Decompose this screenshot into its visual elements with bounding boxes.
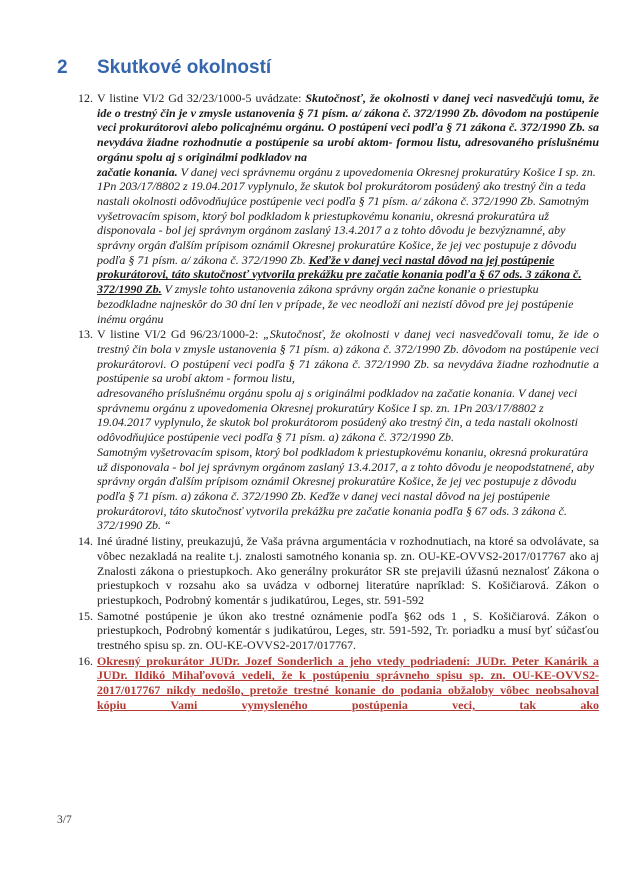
list-item-number: 14.: [78, 534, 97, 608]
text-run: Samotné postúpenie je úkon ako trestné o…: [97, 609, 599, 652]
text-run: V danej veci správnemu orgánu z upovedom…: [97, 165, 596, 267]
text-run: V listine VI/2 Gd 32/23/1000-5 uvádzate:: [97, 91, 305, 105]
text-run: začatie konania.: [97, 165, 181, 179]
page-number: 3/7: [57, 814, 72, 826]
list-item: 14.Iné úradné listiny, preukazujú, že Va…: [78, 534, 599, 608]
section-heading-number: 2: [57, 57, 97, 79]
list-item-body: Iné úradné listiny, preukazujú, že Vaša …: [97, 534, 599, 608]
paragraph: začatie konania. V danej veci správnemu …: [97, 165, 599, 327]
section-heading-title: Skutkové okolností: [97, 57, 599, 79]
paragraph: V listine VI/2 Gd 96/23/1000-2: „Skutočn…: [97, 327, 599, 386]
paragraph: Samotné postúpenie je úkon ako trestné o…: [97, 609, 599, 653]
list-item-body: Samotné postúpenie je úkon ako trestné o…: [97, 609, 599, 653]
paragraph: Samotným vyšetrovacím spisom, ktorý bol …: [97, 445, 599, 533]
list-item-number: 12.: [78, 91, 97, 326]
list-item: 15.Samotné postúpenie je úkon ako trestn…: [78, 609, 599, 653]
text-run: V zmysle tohto ustanovenia zákona správn…: [97, 282, 573, 325]
section-heading: 2 Skutkové okolností: [0, 0, 630, 79]
paragraph: Okresný prokurátor JUDr. Jozef Sonderlic…: [97, 654, 599, 713]
paragraph: Iné úradné listiny, preukazujú, že Vaša …: [97, 534, 599, 608]
list-item-body: V listine VI/2 Gd 96/23/1000-2: „Skutočn…: [97, 327, 599, 533]
list-item-number: 13.: [78, 327, 97, 533]
paragraph: adresovaného príslušnému orgánu spolu aj…: [97, 386, 599, 445]
list-item-number: 16.: [78, 654, 97, 713]
numbered-list: 12.V listine VI/2 Gd 32/23/1000-5 uvádza…: [0, 91, 630, 713]
text-run: Okresný prokurátor JUDr. Jozef Sonderlic…: [97, 654, 599, 712]
text-run: adresovaného príslušnému orgánu spolu aj…: [97, 386, 578, 444]
list-item: 13.V listine VI/2 Gd 96/23/1000-2: „Skut…: [78, 327, 599, 533]
list-item-number: 15.: [78, 609, 97, 653]
page-footer: 3/7: [57, 814, 72, 826]
list-item: 16.Okresný prokurátor JUDr. Jozef Sonder…: [78, 654, 599, 713]
text-run: Iné úradné listiny, preukazujú, že Vaša …: [97, 534, 599, 607]
list-item: 12.V listine VI/2 Gd 32/23/1000-5 uvádza…: [78, 91, 599, 326]
list-item-body: Okresný prokurátor JUDr. Jozef Sonderlic…: [97, 654, 599, 713]
text-run: Samotným vyšetrovacím spisom, ktorý bol …: [97, 445, 594, 533]
text-run: V listine VI/2 Gd 96/23/1000-2:: [97, 327, 263, 341]
document-page: 2 Skutkové okolností 12.V listine VI/2 G…: [0, 0, 630, 891]
list-item-body: V listine VI/2 Gd 32/23/1000-5 uvádzate:…: [97, 91, 599, 326]
paragraph: V listine VI/2 Gd 32/23/1000-5 uvádzate:…: [97, 91, 599, 165]
